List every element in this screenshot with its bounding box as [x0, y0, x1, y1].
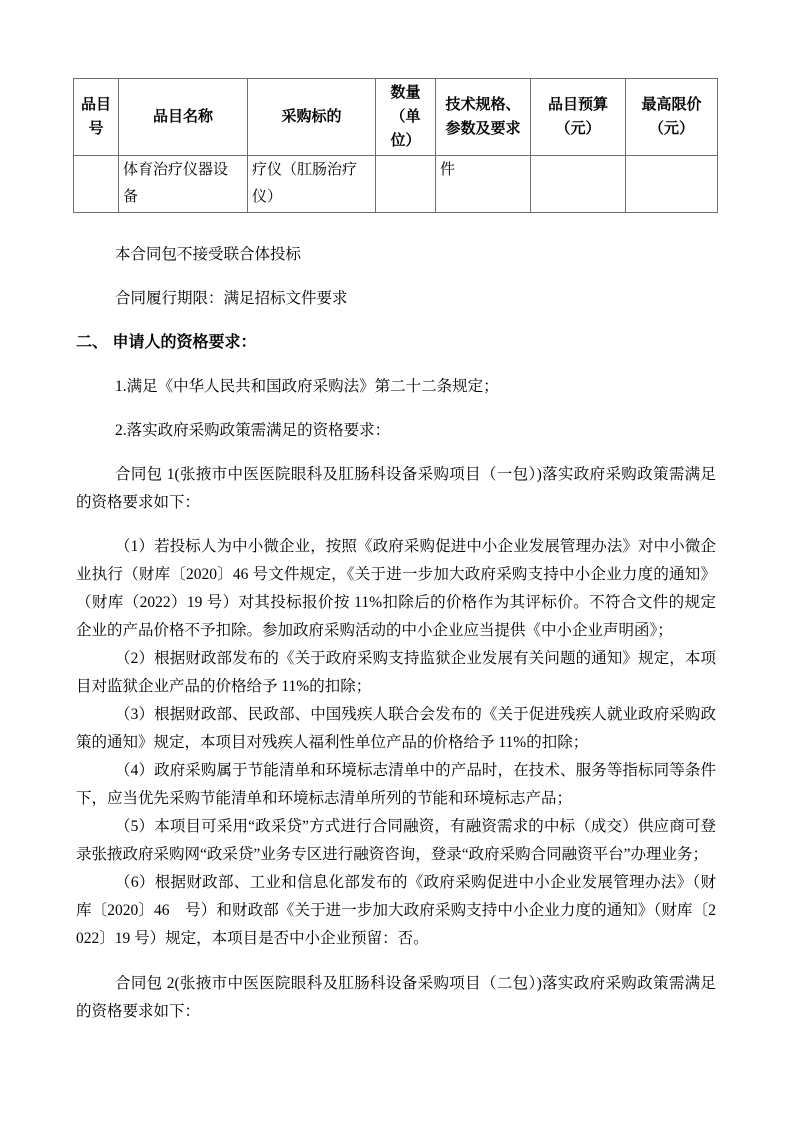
cell-tech-specs: 件: [436, 156, 531, 213]
col-header-tech-specs: 技术规格、 参数及要求: [436, 79, 531, 156]
package1-intro: 合同包 1(张掖市中医医院眼科及肛肠科设备采购项目（一包）)落实政府采购政策需满…: [76, 461, 716, 517]
document-page: 品目 号 品目名称 采购标的 数量（单 位） 技术规格、 参数及要求 品目预算 …: [0, 0, 793, 1122]
policy-item-6: （6）根据财政部、工业和信息化部发布的《政府采购促进中小企业发展管理办法》（财库…: [76, 869, 716, 953]
policy-item-3: （3）根据财政部、民政部、中国残疾人联合会发布的《关于促进残疾人就业政府采购政策…: [76, 701, 716, 757]
table-header-row: 品目 号 品目名称 采购标的 数量（单 位） 技术规格、 参数及要求 品目预算 …: [74, 79, 718, 156]
cell-quantity-unit: [376, 156, 436, 213]
no-consortium-note: 本合同包不接受联合体投标: [76, 241, 716, 269]
procurement-items-table: 品目 号 品目名称 采购标的 数量（单 位） 技术规格、 参数及要求 品目预算 …: [73, 78, 718, 213]
policy-item-5: （5）本项目可采用“政采贷”方式进行合同融资，有融资需求的中标（成交）供应商可登…: [76, 813, 716, 869]
contract-performance-period: 合同履行期限：满足招标文件要求: [76, 285, 716, 313]
col-header-item-number: 品目 号: [74, 79, 119, 156]
cell-item-number: [74, 156, 119, 213]
section-heading-applicant-qualifications: 二、 申请人的资格要求：: [76, 329, 716, 357]
cell-max-price: [626, 156, 718, 213]
col-header-procurement-subject: 采购标的: [248, 79, 376, 156]
policy-item-1: （1）若投标人为中小微企业，按照《政府采购促进中小企业发展管理办法》对中小微企业…: [76, 533, 716, 645]
policy-item-2: （2）根据财政部发布的《关于政府采购支持监狱企业发展有关问题的通知》规定，本项目…: [76, 645, 716, 701]
qualification-item-1: 1.满足《中华人民共和国政府采购法》第二十二条规定；: [76, 373, 716, 401]
package1-policy-list: （1）若投标人为中小微企业，按照《政府采购促进中小企业发展管理办法》对中小微企业…: [76, 533, 716, 953]
col-header-item-budget: 品目预算 （元）: [531, 79, 626, 156]
col-header-item-name: 品目名称: [119, 79, 248, 156]
table-row: 体育治疗仪器设 备 疗仪（肛肠治疗 仪） 件: [74, 156, 718, 213]
col-header-quantity-unit: 数量（单 位）: [376, 79, 436, 156]
package2-intro: 合同包 2(张掖市中医医院眼科及肛肠科设备采购项目（二包）)落实政府采购政策需满…: [76, 970, 716, 1026]
policy-item-4: （4）政府采购属于节能清单和环境标志清单中的产品时，在技术、服务等指标同等条件下…: [76, 757, 716, 813]
cell-procurement-subject: 疗仪（肛肠治疗 仪）: [248, 156, 376, 213]
col-header-max-price: 最高限价 （元）: [626, 79, 718, 156]
cell-item-budget: [531, 156, 626, 213]
qualification-item-2: 2.落实政府采购政策需满足的资格要求：: [76, 417, 716, 445]
cell-item-name: 体育治疗仪器设 备: [119, 156, 248, 213]
